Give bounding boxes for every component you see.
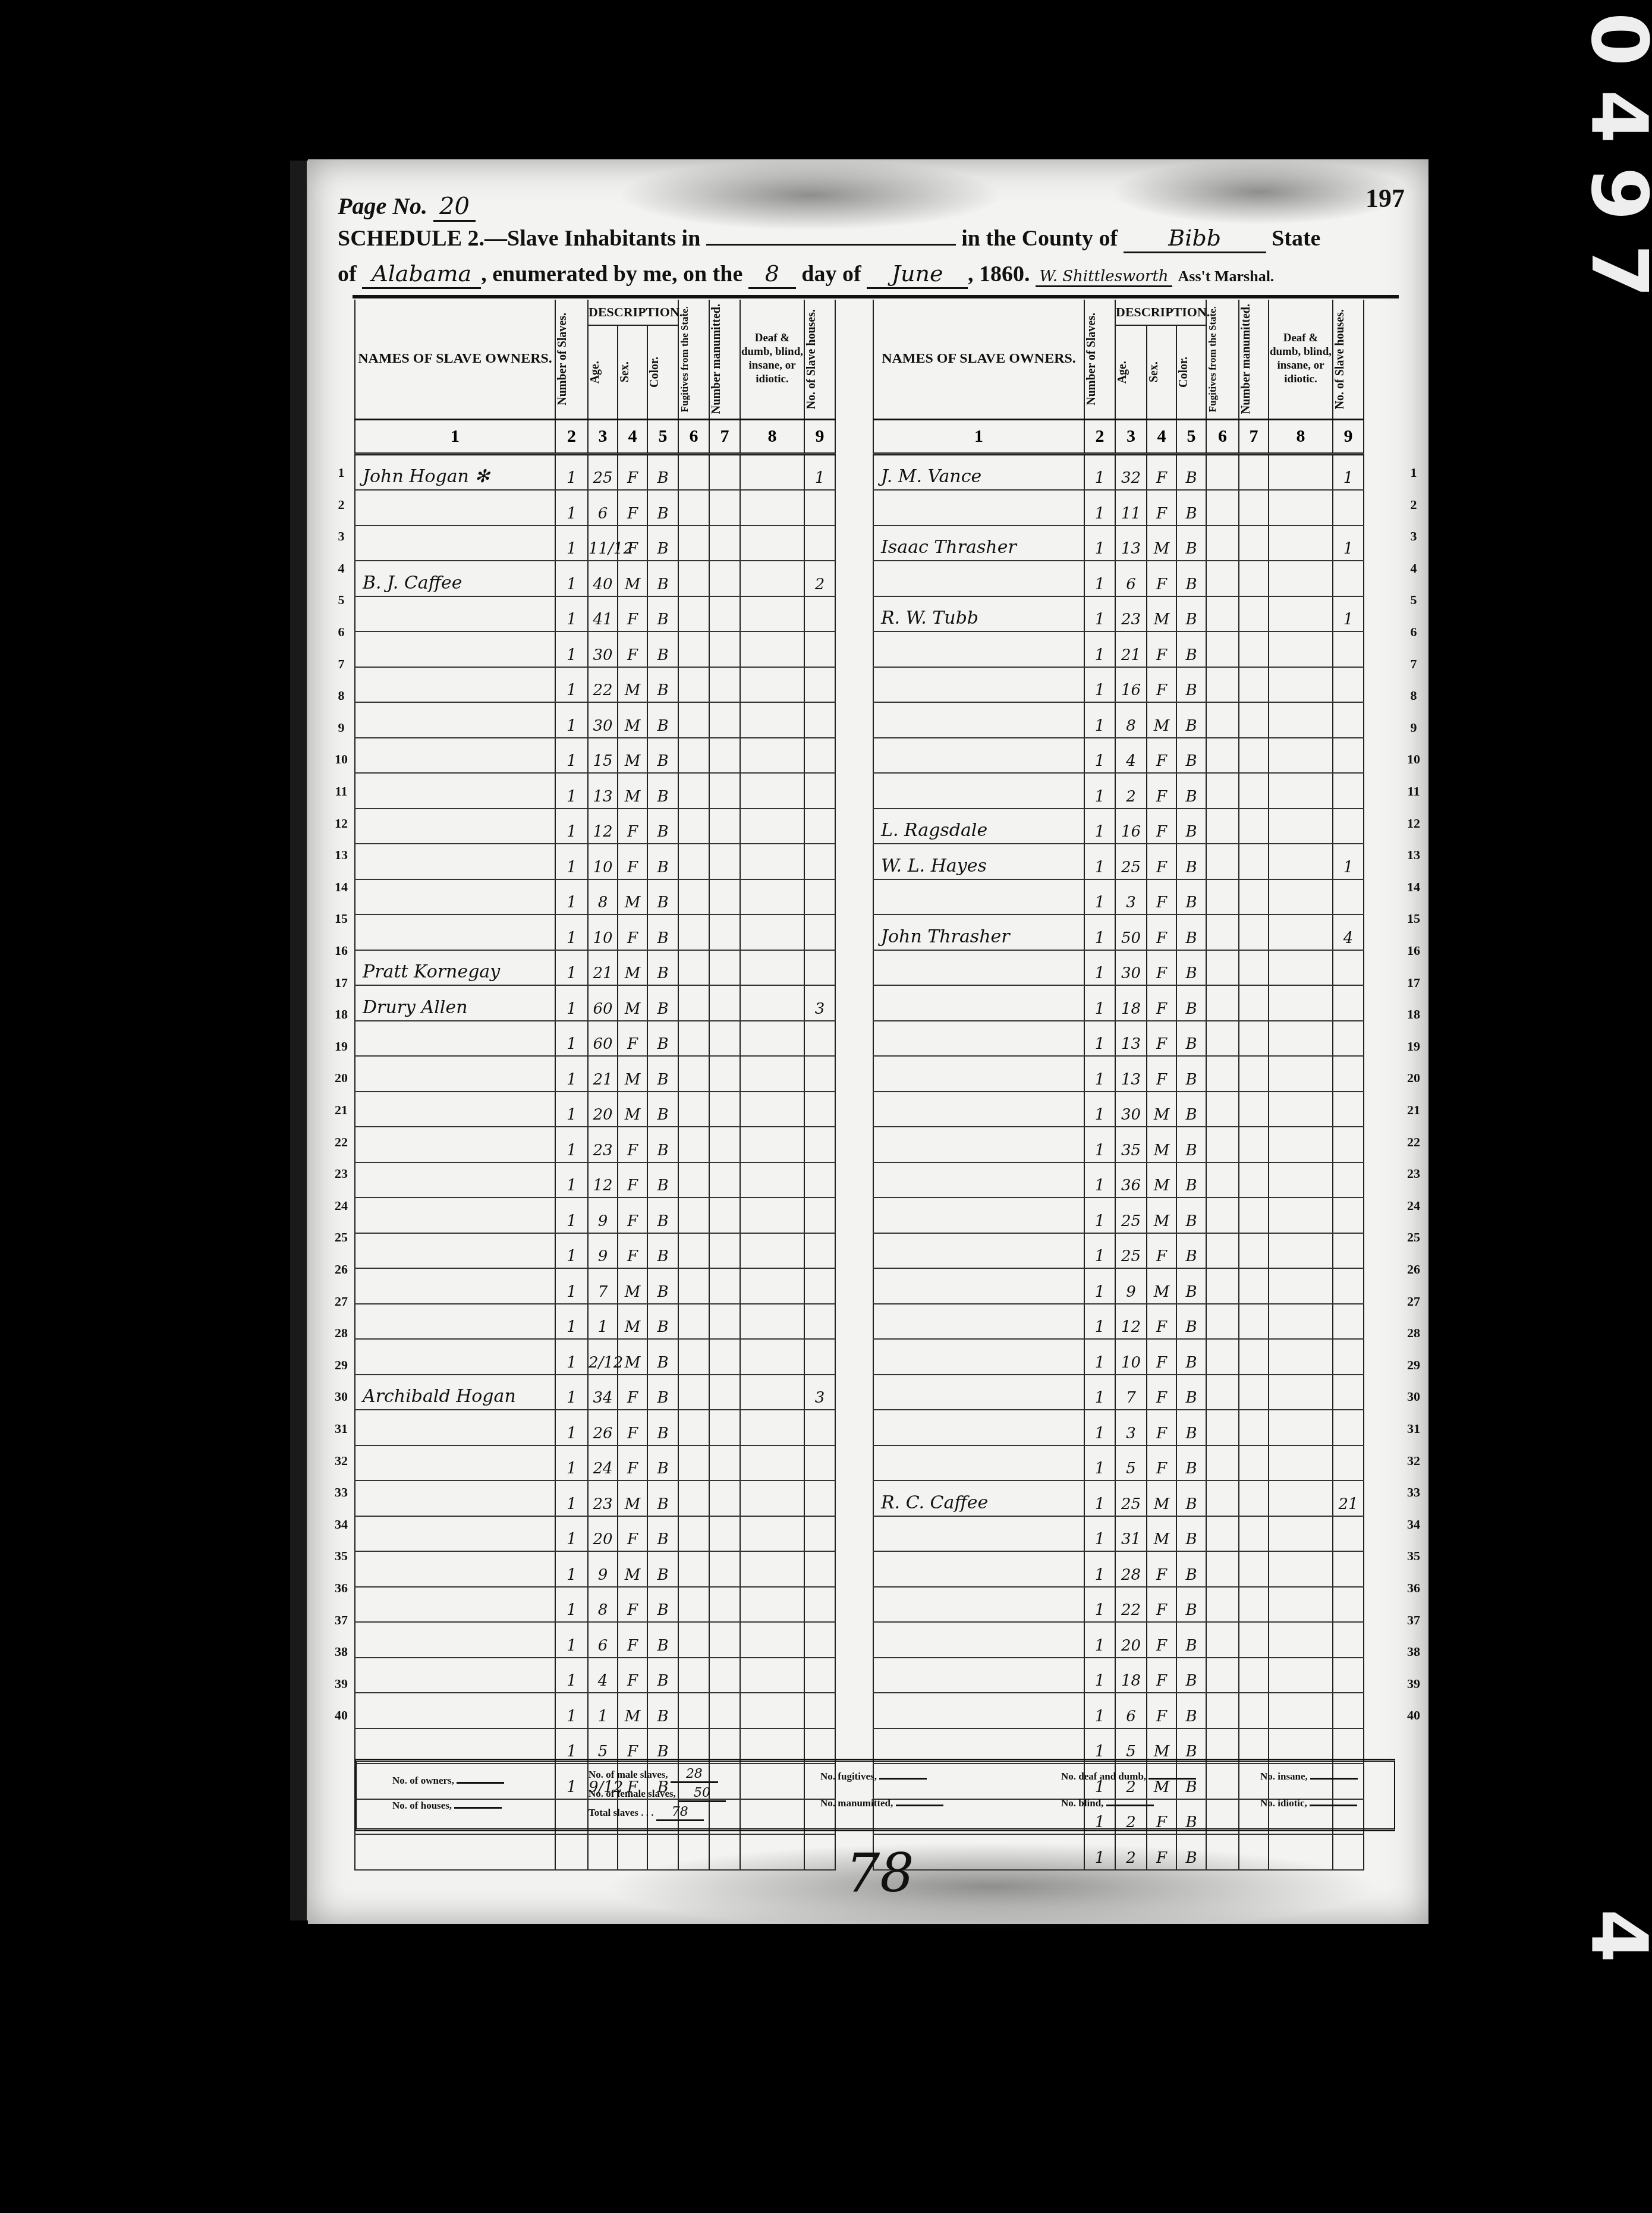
owner-name-cell <box>873 773 1084 809</box>
header-manumitted: Number manumitted. <box>1239 300 1269 419</box>
col-num: 3 <box>1115 419 1147 454</box>
manumitted-cell <box>1239 1162 1269 1198</box>
fugitives-cell <box>678 1268 709 1304</box>
color-cell: B <box>647 1056 678 1092</box>
manumitted-cell <box>709 1622 740 1658</box>
slave-houses-cell <box>1333 1693 1364 1728</box>
col-num: 9 <box>804 419 835 454</box>
state-value: Alabama <box>372 260 471 287</box>
table-row: 130MB <box>355 702 878 738</box>
owner-name-cell <box>873 1339 1084 1375</box>
spacer <box>835 1056 878 1092</box>
table-row: 121MB <box>355 1056 878 1092</box>
enumerated-label: , enumerated by me, on the <box>481 262 742 287</box>
color-cell: B <box>1176 844 1206 879</box>
manumitted-cell <box>1239 490 1269 526</box>
slave-houses-cell <box>804 702 835 738</box>
manumitted-cell <box>1239 1233 1269 1269</box>
fugitives-cell <box>678 454 709 490</box>
year-label: , 1860. <box>968 262 1030 287</box>
manumitted-cell <box>709 738 740 774</box>
fugitives-cell <box>678 809 709 844</box>
color-cell: B <box>647 631 678 667</box>
deaf-dumb-cell <box>740 1056 804 1092</box>
owner-name-cell <box>873 1197 1084 1233</box>
line-number: 3 <box>329 529 353 544</box>
sex-cell: F <box>618 454 647 490</box>
line-number: 22 <box>329 1134 353 1150</box>
deaf-dumb-cell <box>740 1339 804 1375</box>
slave-houses-cell <box>804 596 835 632</box>
slave-houses-cell <box>1333 1127 1364 1162</box>
age-cell: 30 <box>588 631 618 667</box>
table-row: 11MB <box>355 1304 878 1340</box>
owner-name-cell <box>355 1056 555 1092</box>
owner-name-cell <box>873 631 1084 667</box>
manumitted-cell <box>709 526 740 561</box>
table-row: 120FB <box>873 1622 1396 1658</box>
color-cell: B <box>1176 1693 1206 1728</box>
slave-houses-cell <box>1333 950 1364 986</box>
number-of-slaves-cell: 1 <box>1084 879 1115 915</box>
fugitives-cell <box>678 738 709 774</box>
sex-cell: F <box>618 1622 647 1658</box>
deaf-dumb-cell <box>1269 631 1333 667</box>
spacer <box>1364 702 1396 738</box>
manumitted-cell <box>1239 631 1269 667</box>
age-cell: 10 <box>588 914 618 950</box>
age-cell: 41 <box>588 596 618 632</box>
spacer <box>835 1197 878 1233</box>
slave-houses-cell: 1 <box>1333 454 1364 490</box>
census-page: Page No. 20 197 SCHEDULE 2.—Slave Inhabi… <box>308 159 1428 1924</box>
sex-cell: M <box>1147 1127 1176 1162</box>
header-slave-houses-text: No. of Slave houses. <box>805 309 819 409</box>
fugitives-cell <box>1206 914 1239 950</box>
slave-houses-cell <box>804 1304 835 1340</box>
owner-name-cell <box>355 1233 555 1269</box>
spacer <box>1364 596 1396 632</box>
col-num: 4 <box>1147 419 1176 454</box>
col-num: 2 <box>555 419 588 454</box>
slave-houses-cell: 1 <box>1333 526 1364 561</box>
line-number: 20 <box>329 1070 353 1086</box>
male-value: 28 <box>671 1766 718 1783</box>
line-number: 38 <box>329 1644 353 1659</box>
color-cell: B <box>647 667 678 703</box>
manumitted-cell <box>709 596 740 632</box>
owners-label: No. of owners, <box>392 1775 454 1786</box>
sex-cell: F <box>1147 1339 1176 1375</box>
table-row: 16FB <box>873 561 1396 596</box>
deaf-dumb-cell <box>740 1445 804 1481</box>
header-slave-houses: No. of Slave houses. <box>804 300 835 419</box>
spacer <box>835 1233 878 1269</box>
fugitives-cell <box>678 1587 709 1623</box>
slave-houses-cell <box>1333 1587 1364 1623</box>
fugitives-cell <box>1206 631 1239 667</box>
spacer <box>1364 1056 1396 1092</box>
owner-name-cell <box>355 702 555 738</box>
film-digit: 0 <box>1574 1 1652 78</box>
left-census-table: NAMES OF SLAVE OWNERS. Number of Slaves.… <box>354 300 878 1871</box>
manumitted-cell <box>709 985 740 1021</box>
number-of-slaves-cell: 1 <box>555 773 588 809</box>
manumitted-cell <box>709 1339 740 1375</box>
spacer <box>1364 879 1396 915</box>
line-number: 7 <box>329 656 353 672</box>
spacer <box>1364 844 1396 879</box>
owner-name-cell <box>355 738 555 774</box>
manumitted-cell <box>709 1197 740 1233</box>
owner-name-cell <box>355 1127 555 1162</box>
stain <box>1110 159 1408 225</box>
table-row: 111FB <box>873 490 1396 526</box>
fugitives-cell <box>678 1304 709 1340</box>
line-number: 17 <box>329 975 353 991</box>
age-cell: 1 <box>588 1304 618 1340</box>
owner-name-cell <box>355 1693 555 1728</box>
deaf-dumb-cell <box>740 1304 804 1340</box>
sex-cell: F <box>1147 1304 1176 1340</box>
deaf-dumb-cell <box>1269 879 1333 915</box>
slave-houses-cell <box>804 1622 835 1658</box>
slave-houses-cell: 3 <box>804 1375 835 1410</box>
manumitted-cell <box>709 631 740 667</box>
district-field <box>706 244 956 246</box>
line-number: 30 <box>329 1389 353 1404</box>
spacer <box>1364 1622 1396 1658</box>
spacer <box>1364 1375 1396 1410</box>
manumitted-cell <box>709 1834 740 1870</box>
sex-cell: M <box>1147 1516 1176 1552</box>
color-cell: B <box>647 1339 678 1375</box>
owner-name-cell: Drury Allen <box>355 985 555 1021</box>
deaf-dumb-cell <box>1269 844 1333 879</box>
male-label: No. of male slaves, <box>589 1769 668 1780</box>
age-cell: 15 <box>588 738 618 774</box>
manumitted-cell <box>709 490 740 526</box>
fugitives-cell <box>1206 1693 1239 1728</box>
fugitives-cell <box>1206 1268 1239 1304</box>
manumitted-cell <box>1239 1445 1269 1481</box>
age-cell: 9 <box>588 1551 618 1587</box>
number-of-slaves-cell: 1 <box>555 1233 588 1269</box>
owner-name-cell <box>355 490 555 526</box>
manumitted-cell <box>709 1516 740 1552</box>
slave-houses-cell <box>804 1551 835 1587</box>
slave-houses-cell <box>1333 1056 1364 1092</box>
manumitted-cell <box>1239 702 1269 738</box>
age-cell: 2 <box>1115 773 1147 809</box>
deaf-dumb-cell <box>740 1197 804 1233</box>
color-cell: B <box>1176 1834 1206 1870</box>
age-cell: 4 <box>1115 738 1147 774</box>
color-cell: B <box>647 561 678 596</box>
header-owner-names: NAMES OF SLAVE OWNERS. <box>873 300 1084 419</box>
manumitted-cell <box>709 1304 740 1340</box>
number-of-slaves-cell: 1 <box>555 702 588 738</box>
age-cell: 28 <box>1115 1551 1147 1587</box>
fugitives-cell <box>678 914 709 950</box>
sex-cell: F <box>1147 985 1176 1021</box>
fugitives-cell <box>1206 1658 1239 1693</box>
number-of-slaves-cell: 1 <box>1084 1197 1115 1233</box>
manumitted-cell <box>709 1092 740 1127</box>
manumitted-cell <box>1239 1693 1269 1728</box>
line-number: 16 <box>1402 943 1426 958</box>
spacer <box>1364 950 1396 986</box>
slave-houses-cell <box>1333 1339 1364 1375</box>
table-row: 13FB <box>873 879 1396 915</box>
table-row: Isaac Thrasher113MB1 <box>873 526 1396 561</box>
enumeration-line: of Alabama, enumerated by me, on the 8 d… <box>338 260 1274 289</box>
manumitted-count: No. manumitted, <box>820 1797 943 1809</box>
color-cell: B <box>647 702 678 738</box>
deaf-dumb-cell <box>1269 1304 1333 1340</box>
slave-houses-cell <box>1333 1622 1364 1658</box>
spacer <box>1364 1233 1396 1269</box>
age-cell: 8 <box>1115 702 1147 738</box>
number-of-slaves-cell: 1 <box>555 1587 588 1623</box>
age-cell: 24 <box>588 1445 618 1481</box>
deaf-dumb-cell <box>1269 667 1333 703</box>
spacer <box>835 561 878 596</box>
number-of-slaves-cell: 1 <box>555 1056 588 1092</box>
slave-houses-cell <box>1333 631 1364 667</box>
slave-houses-cell <box>804 1021 835 1057</box>
table-row: 17FB <box>873 1375 1396 1410</box>
owner-name-cell: Isaac Thrasher <box>873 526 1084 561</box>
deaf-dumb-cell <box>1269 809 1333 844</box>
line-number: 20 <box>1402 1070 1426 1086</box>
table-row: John Thrasher150FB4 <box>873 914 1396 950</box>
deaf-dumb-cell <box>1269 1834 1333 1870</box>
color-cell: B <box>1176 738 1206 774</box>
spacer <box>835 950 878 986</box>
age-cell: 3 <box>1115 879 1147 915</box>
header-fugitives: Fugitives from the State. <box>1206 300 1239 419</box>
color-cell: B <box>647 738 678 774</box>
table-top-rule <box>353 295 1399 298</box>
spacer <box>835 631 878 667</box>
spacer <box>1364 773 1396 809</box>
fugitives-cell <box>678 1834 709 1870</box>
spacer <box>835 702 878 738</box>
color-cell: B <box>1176 667 1206 703</box>
owner-name-cell <box>355 1551 555 1587</box>
female-value: 50 <box>678 1786 726 1802</box>
manumitted-cell <box>709 702 740 738</box>
day-of-label: day of <box>801 262 861 287</box>
deaf-dumb-cell <box>1269 1375 1333 1410</box>
fugitives-cell <box>1206 950 1239 986</box>
spacer <box>1364 1304 1396 1340</box>
slave-houses-cell <box>804 1127 835 1162</box>
fugitives-cell <box>1206 1056 1239 1092</box>
age-cell: 8 <box>588 879 618 915</box>
owner-name-cell <box>355 631 555 667</box>
color-cell: B <box>647 1551 678 1587</box>
sex-cell: M <box>618 702 647 738</box>
sex-cell: M <box>618 1056 647 1092</box>
manumitted-cell <box>1239 1092 1269 1127</box>
slave-houses-cell <box>804 879 835 915</box>
age-cell: 7 <box>588 1268 618 1304</box>
fugitives-cell <box>1206 1410 1239 1445</box>
age-cell: 6 <box>1115 561 1147 596</box>
slave-houses-cell: 21 <box>1333 1480 1364 1516</box>
deaf-dumb-cell <box>740 950 804 986</box>
owner-name-cell <box>355 1516 555 1552</box>
number-of-slaves-cell: 1 <box>1084 773 1115 809</box>
line-number: 39 <box>329 1676 353 1692</box>
slave-houses-cell <box>1333 1516 1364 1552</box>
deaf-dumb-cell <box>1269 561 1333 596</box>
line-number: 30 <box>1402 1389 1426 1404</box>
header-age: Age. <box>588 325 618 419</box>
sex-cell: F <box>1147 1834 1176 1870</box>
deaf-dumb-cell <box>740 914 804 950</box>
color-cell: B <box>1176 1339 1206 1375</box>
line-number: 19 <box>329 1039 353 1054</box>
manumitted-cell <box>709 1658 740 1693</box>
slave-houses-cell: 2 <box>804 561 835 596</box>
age-cell: 36 <box>1115 1162 1147 1198</box>
spacer <box>835 1551 878 1587</box>
owner-name-cell <box>873 1693 1084 1728</box>
slave-houses-cell <box>1333 809 1364 844</box>
line-number: 11 <box>1402 784 1426 799</box>
sex-cell: M <box>1147 1197 1176 1233</box>
blind-label: No. blind, <box>1061 1797 1103 1809</box>
age-cell: 11 <box>1115 490 1147 526</box>
deaf-dumb-cell <box>1269 1622 1333 1658</box>
slave-houses-cell <box>1333 1658 1364 1693</box>
sex-cell: F <box>1147 844 1176 879</box>
sex-cell: F <box>618 1127 647 1162</box>
page-number: Page No. 20 <box>338 192 476 220</box>
slave-houses-cell <box>804 738 835 774</box>
number-of-slaves-cell: 1 <box>555 1127 588 1162</box>
deaf-dumb-count: No. deaf and dumb, <box>1061 1771 1196 1783</box>
slave-houses-cell <box>1333 1375 1364 1410</box>
slave-houses-cell <box>804 1410 835 1445</box>
header-sex-text: Sex. <box>1147 362 1161 382</box>
sex-cell: M <box>1147 702 1176 738</box>
sex-cell: M <box>1147 1092 1176 1127</box>
slave-houses-cell <box>1333 773 1364 809</box>
number-of-slaves-cell: 1 <box>555 844 588 879</box>
slave-houses-cell: 4 <box>1333 914 1364 950</box>
spacer <box>835 1339 878 1375</box>
deaf-dumb-cell <box>1269 1658 1333 1693</box>
line-number: 34 <box>1402 1517 1426 1532</box>
slave-houses-cell <box>1333 1410 1364 1445</box>
age-cell: 16 <box>1115 809 1147 844</box>
number-of-slaves-cell: 1 <box>1084 1480 1115 1516</box>
slave-houses-cell <box>804 631 835 667</box>
line-number: 29 <box>1402 1357 1426 1373</box>
fugitives-cell <box>678 1410 709 1445</box>
spacer <box>835 1658 878 1693</box>
line-number: 14 <box>329 879 353 895</box>
table-row: 18FB <box>355 1587 878 1623</box>
manumitted-cell <box>1239 1197 1269 1233</box>
manumitted-cell <box>1239 950 1269 986</box>
color-cell: B <box>647 1233 678 1269</box>
line-number: 12 <box>329 816 353 831</box>
manumitted-cell <box>1239 1480 1269 1516</box>
fugitives-cell <box>1206 1622 1239 1658</box>
slave-houses-cell <box>804 1834 835 1870</box>
number-of-slaves-cell: 1 <box>1084 1410 1115 1445</box>
manumitted-cell <box>709 950 740 986</box>
manumitted-cell <box>1239 879 1269 915</box>
slave-houses-cell <box>1333 702 1364 738</box>
schedule-title: SCHEDULE 2.—Slave Inhabitants in <box>338 226 700 251</box>
female-slaves-count: No. of female slaves, 50 <box>589 1786 726 1802</box>
deaf-dumb-cell <box>1269 596 1333 632</box>
number-of-slaves-cell: 1 <box>555 1268 588 1304</box>
manumitted-value <box>896 1805 943 1806</box>
line-number: 37 <box>1402 1612 1426 1628</box>
table-row: 130FB <box>355 631 878 667</box>
spacer <box>835 526 878 561</box>
marshal-field: W. Shittlesworth <box>1036 268 1172 287</box>
spacer <box>835 667 878 703</box>
manumitted-cell <box>709 454 740 490</box>
fugitives-cell <box>1206 1304 1239 1340</box>
table-row: Drury Allen160MB3 <box>355 985 878 1021</box>
slave-houses-cell <box>1333 1092 1364 1127</box>
column-number-row: 1 2 3 4 5 6 7 8 9 <box>355 419 878 454</box>
fugitives-cell <box>678 1197 709 1233</box>
fugitives-cell <box>1206 1516 1239 1552</box>
number-of-slaves-cell: 1 <box>555 1339 588 1375</box>
table-row: 19MB <box>355 1551 878 1587</box>
color-cell: B <box>647 879 678 915</box>
deaf-dumb-cell <box>740 1021 804 1057</box>
spacer <box>835 844 878 879</box>
table-row: 14FB <box>355 1658 878 1693</box>
owner-name-cell <box>873 950 1084 986</box>
manumitted-cell <box>709 809 740 844</box>
sex-cell: F <box>1147 1233 1176 1269</box>
age-cell <box>588 1834 618 1870</box>
manumitted-cell <box>1239 1410 1269 1445</box>
color-cell: B <box>1176 454 1206 490</box>
age-cell: 2/12 <box>588 1339 618 1375</box>
sex-cell: F <box>1147 809 1176 844</box>
number-of-slaves-cell: 1 <box>555 667 588 703</box>
owner-name-cell <box>873 1658 1084 1693</box>
stain <box>617 159 1003 231</box>
manumitted-cell <box>1239 1127 1269 1162</box>
fugitives-count: No. fugitives, <box>820 1771 927 1783</box>
right-census-table: NAMES OF SLAVE OWNERS. Number of Slaves.… <box>873 300 1396 1871</box>
age-cell: 9 <box>588 1197 618 1233</box>
owner-name-cell: John Thrasher <box>873 914 1084 950</box>
deaf-dumb-cell <box>740 1162 804 1198</box>
owner-name-cell <box>355 844 555 879</box>
slave-houses-cell <box>1333 490 1364 526</box>
spacer <box>1364 419 1396 454</box>
table-row: 120MB <box>355 1092 878 1127</box>
age-cell: 18 <box>1115 1658 1147 1693</box>
color-cell: B <box>647 596 678 632</box>
age-cell: 20 <box>1115 1622 1147 1658</box>
